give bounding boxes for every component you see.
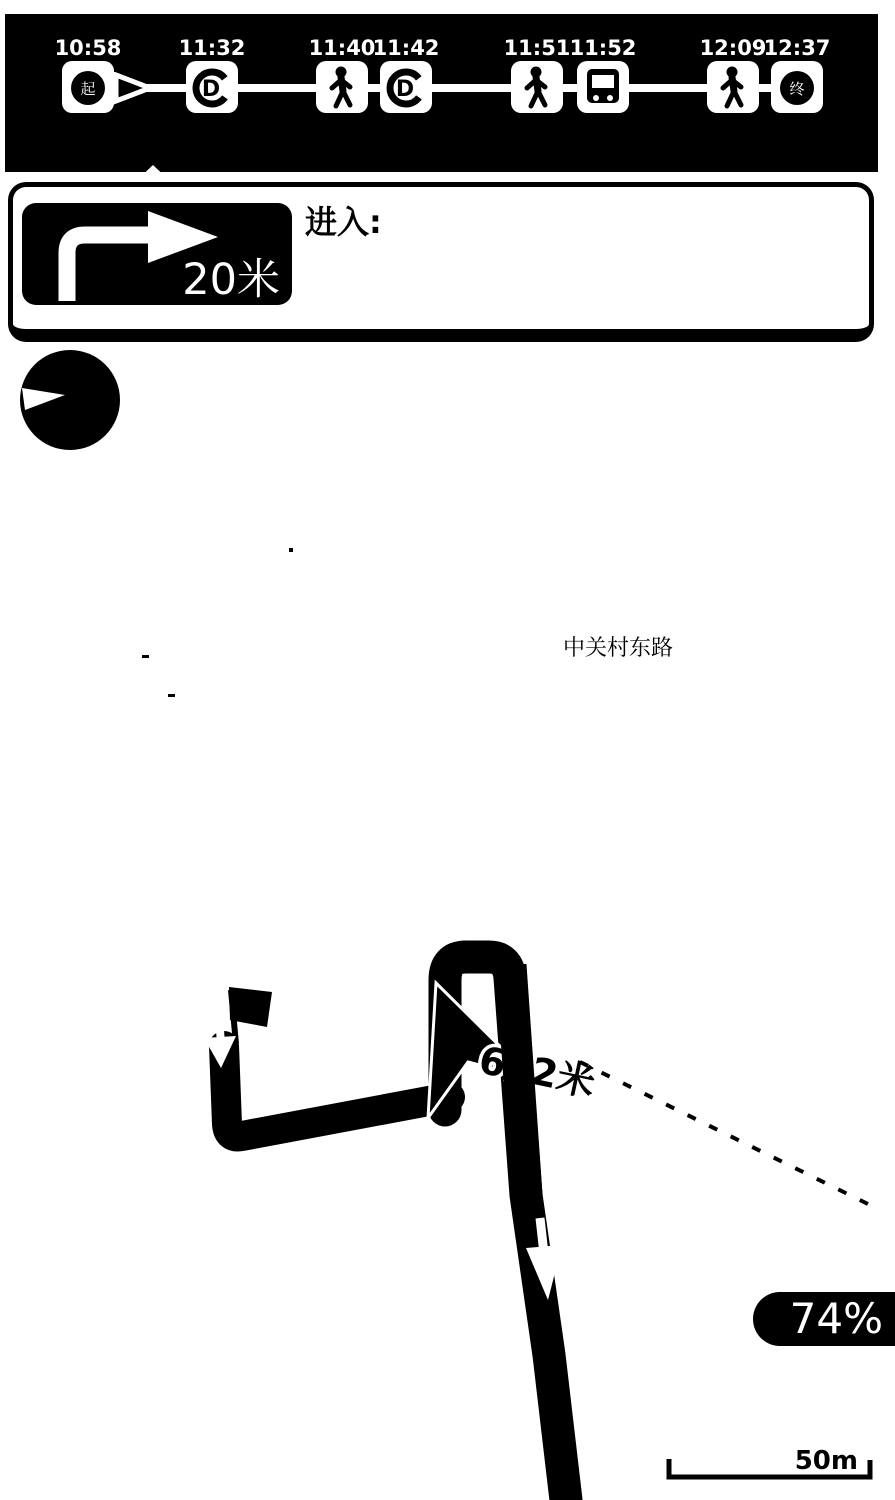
route-overlay: 612米 (0, 0, 895, 1500)
route-main-overlap (511, 965, 527, 1195)
destination-flag-icon (229, 987, 272, 1027)
bearing-dashed-line (580, 1062, 874, 1207)
route-branch-left (224, 1046, 450, 1137)
navigation-screen: { "timeline": { "steps": [ {"time": "10:… (0, 0, 895, 1500)
map-scale-bar: 50m (664, 1448, 876, 1482)
scale-label: 50m (795, 1446, 858, 1476)
route-distance-label: 612米 (475, 1038, 599, 1105)
battery-indicator: 74% (753, 1292, 895, 1346)
